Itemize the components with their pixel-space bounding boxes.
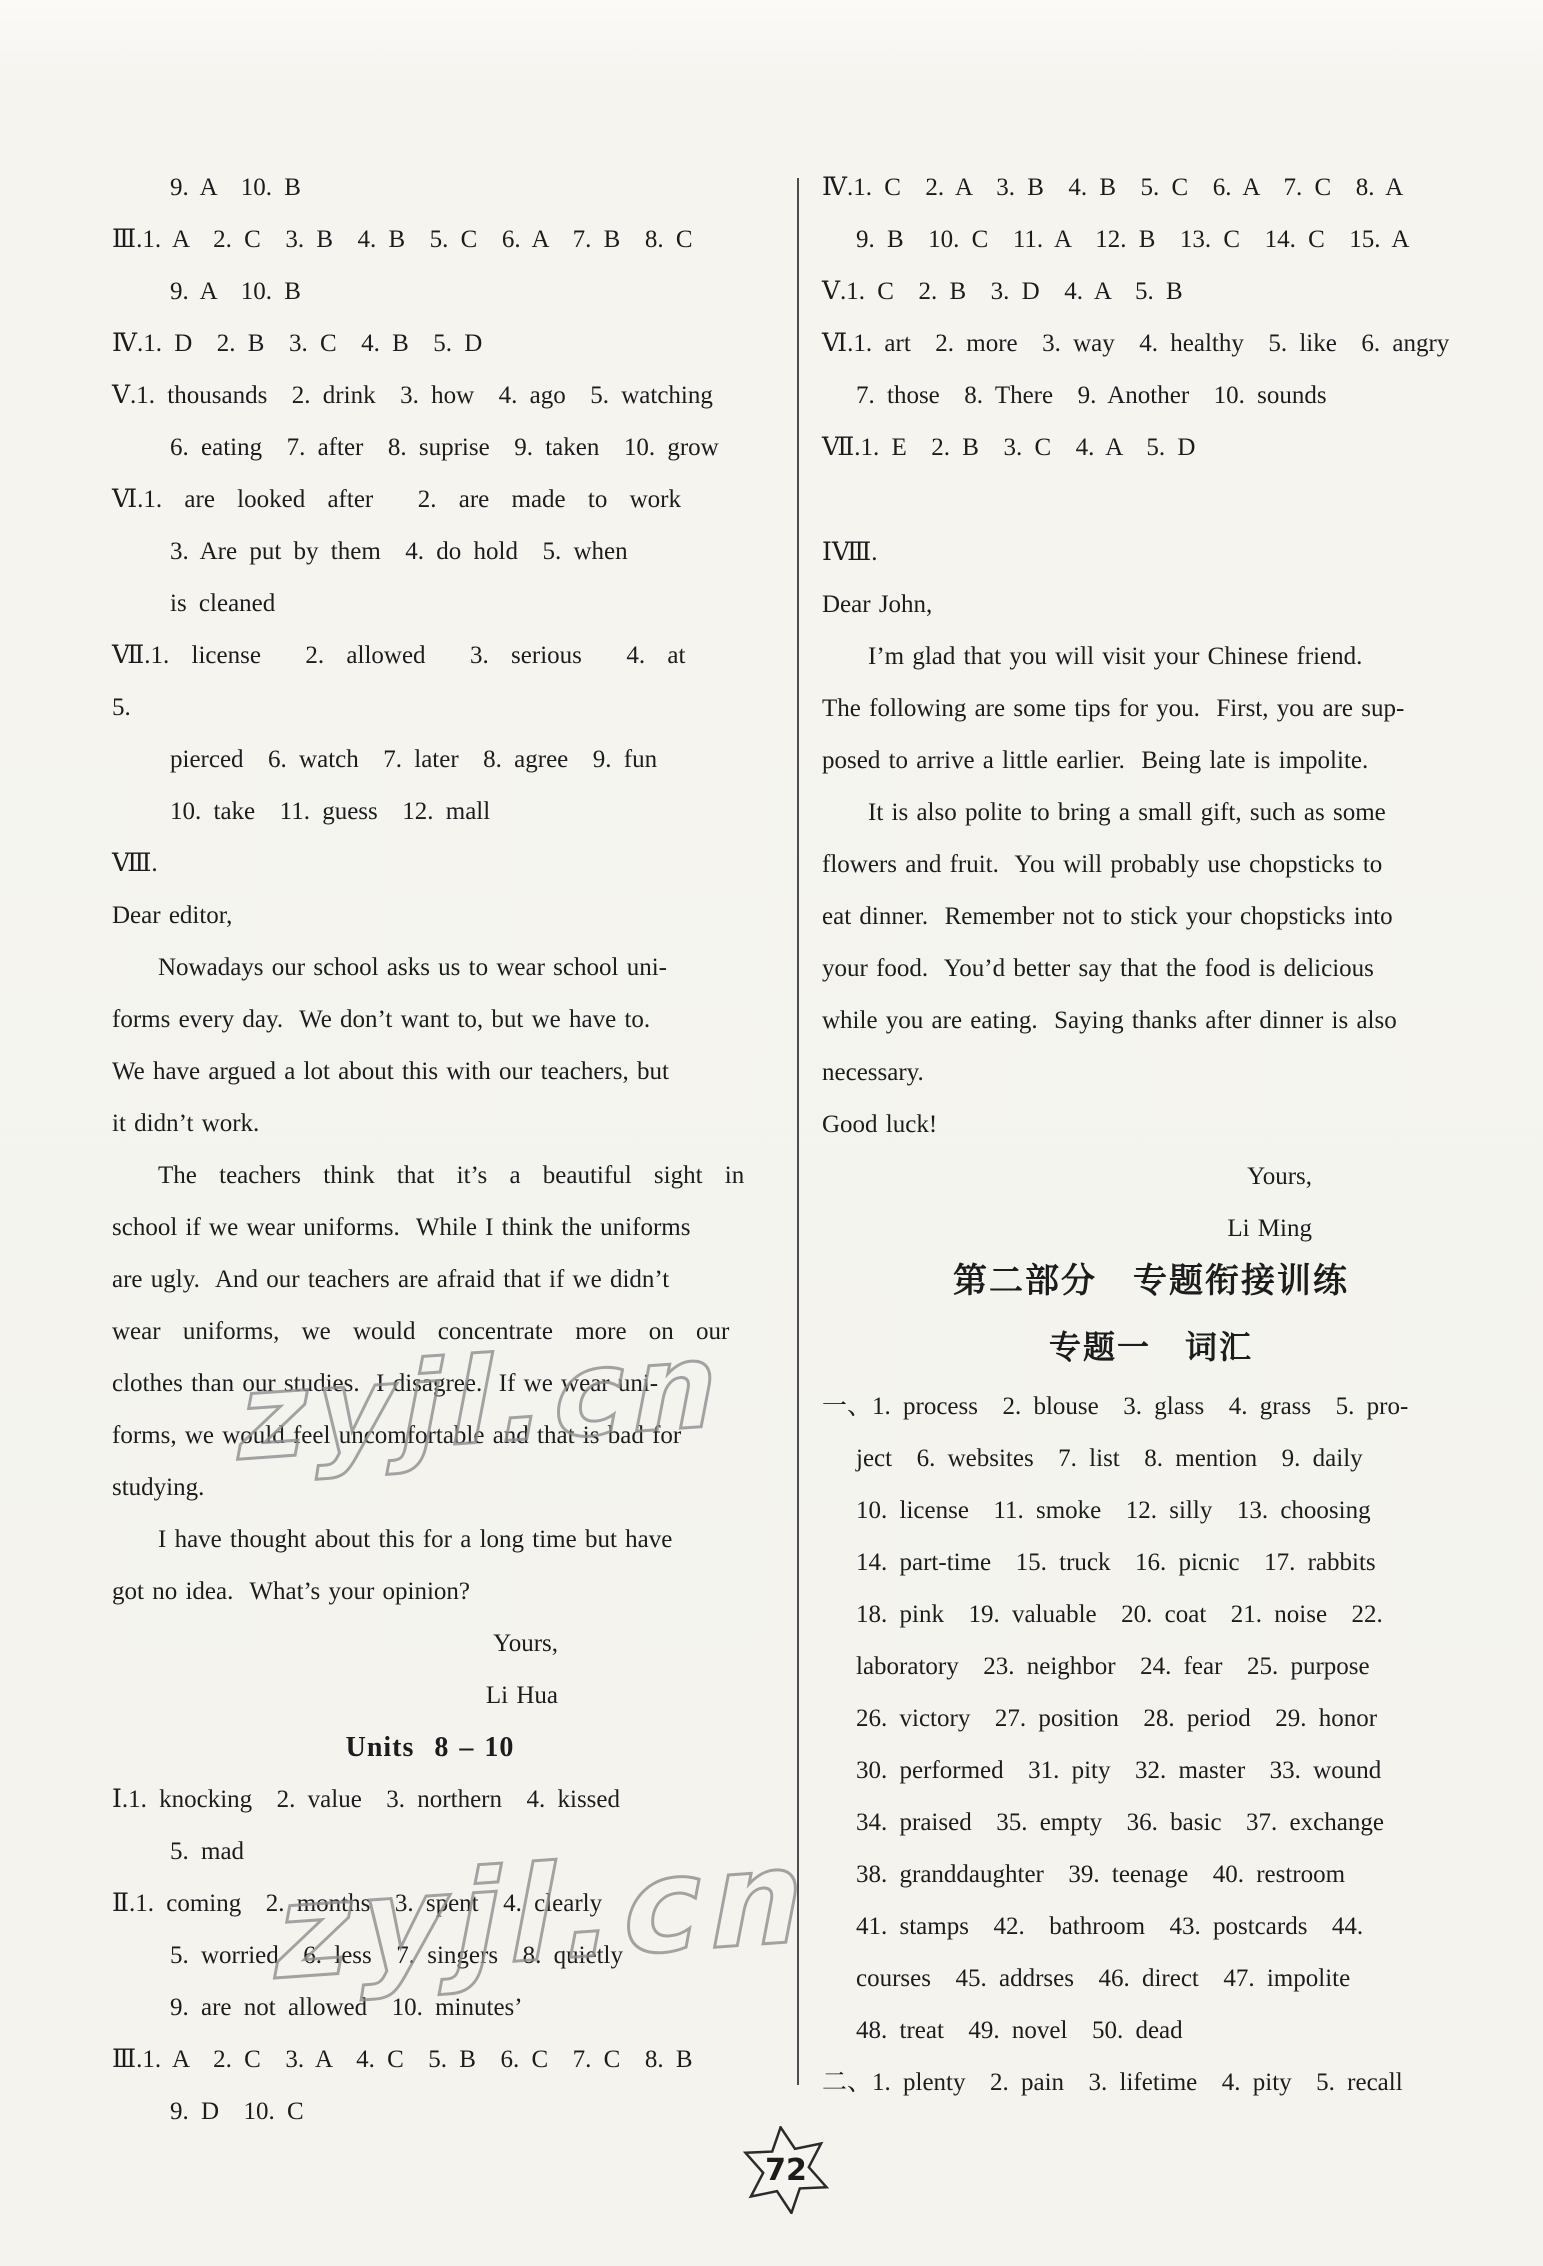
text-line: Ⅵ.1. art 2. more 3. way 4. healthy 5. li… <box>822 318 1480 370</box>
text-line: eat dinner. Remember not to stick your c… <box>822 891 1480 943</box>
text-line: Ⅳ.1. C 2. A 3. B 4. B 5. C 6. A 7. C 8. … <box>822 162 1480 214</box>
text-line: 5. worried 6. less 7. singers 8. quietly <box>170 1930 748 1982</box>
text-line: wear uniforms, we would concentrate more… <box>112 1306 748 1358</box>
text-line: flowers and fruit. You will probably use… <box>822 839 1480 891</box>
text-line: forms, we would feel uncomfortable and t… <box>112 1410 748 1462</box>
text-line: Ⅴ.1. thousands 2. drink 3. how 4. ago 5.… <box>112 370 748 422</box>
text-line: Ⅲ.1. A 2. C 3. B 4. B 5. C 6. A 7. B 8. … <box>112 214 748 266</box>
text-line: 专题一 词汇 <box>822 1321 1480 1373</box>
text-line: school if we wear uniforms. While I thin… <box>112 1202 748 1254</box>
text-line: Ⅰ.1. knocking 2. value 3. northern 4. ki… <box>112 1774 748 1826</box>
page-number-badge: 72 <box>742 2126 832 2218</box>
text-line: Ⅶ.1. E 2. B 3. C 4. A 5. D <box>822 422 1480 474</box>
scanned-answer-page: zyjl.cn zyjl.cn 9. A 10. BⅢ.1. A 2. C 3.… <box>0 0 1543 2266</box>
text-line: 10. take 11. guess 12. mall <box>170 786 748 838</box>
text-line: ⅠⅧ. <box>822 527 1480 579</box>
text-line: 38. granddaughter 39. teenage 40. restro… <box>856 1849 1480 1901</box>
text-line: We have argued a lot about this with our… <box>112 1046 748 1098</box>
text-line: 30. performed 31. pity 32. master 33. wo… <box>856 1745 1480 1797</box>
text-line: Ⅴ.1. C 2. B 3. D 4. A 5. B <box>822 266 1480 318</box>
text-line: 3. Are put by them 4. do hold 5. when <box>170 526 748 578</box>
text-line: Ⅷ. <box>112 838 748 890</box>
text-line: It is also polite to bring a small gift,… <box>822 787 1480 839</box>
text-line: clothes than our studies. I disagree. If… <box>112 1358 748 1410</box>
text-line: Li Ming <box>822 1203 1480 1255</box>
text-line: 二、1. plenty 2. pain 3. lifetime 4. pity … <box>822 2057 1480 2109</box>
text-line: is cleaned <box>170 578 748 630</box>
right-column: Ⅳ.1. C 2. A 3. B 4. B 5. C 6. A 7. C 8. … <box>822 162 1480 2109</box>
left-column: 9. A 10. BⅢ.1. A 2. C 3. B 4. B 5. C 6. … <box>112 162 748 2138</box>
text-line: it didn’t work. <box>112 1098 748 1150</box>
text-line: 7. those 8. There 9. Another 10. sounds <box>856 370 1480 422</box>
text-line: 34. praised 35. empty 36. basic 37. exch… <box>856 1797 1480 1849</box>
text-line: 9. A 10. B <box>170 162 748 214</box>
text-line: 6. eating 7. after 8. suprise 9. taken 1… <box>170 422 748 474</box>
text-line: Good luck! <box>822 1099 1480 1151</box>
text-line: Ⅱ.1. coming 2. months 3. spent 4. clearl… <box>112 1878 748 1930</box>
text-line: courses 45. addrses 46. direct 47. impol… <box>856 1953 1480 2005</box>
text-line: Li Hua <box>112 1670 748 1722</box>
text-line: 9. A 10. B <box>170 266 748 318</box>
text-line: studying. <box>112 1462 748 1514</box>
text-line: Nowadays our school asks us to wear scho… <box>112 942 748 994</box>
text-line: 9. are not allowed 10. minutes’ <box>170 1982 748 2034</box>
page-number: 72 <box>742 2126 830 2214</box>
text-line: 9. D 10. C <box>170 2086 748 2138</box>
text-line: The following are some tips for you. Fir… <box>822 683 1480 735</box>
text-line: Ⅵ.1. are looked after 2. are made to wor… <box>112 474 748 526</box>
text-line: while you are eating. Saying thanks afte… <box>822 995 1480 1047</box>
text-line: 14. part-time 15. truck 16. picnic 17. r… <box>856 1537 1480 1589</box>
text-line: Ⅳ.1. D 2. B 3. C 4. B 5. D <box>112 318 748 370</box>
text-line: 18. pink 19. valuable 20. coat 21. noise… <box>856 1589 1480 1641</box>
text-line: 第二部分 专题衔接训练 <box>822 1255 1480 1307</box>
text-line: forms every day. We don’t want to, but w… <box>112 994 748 1046</box>
text-line: 10. license 11. smoke 12. silly 13. choo… <box>856 1485 1480 1537</box>
text-line: pierced 6. watch 7. later 8. agree 9. fu… <box>170 734 748 786</box>
text-line: Yours, <box>112 1618 748 1670</box>
text-line: Dear John, <box>822 579 1480 631</box>
text-line: necessary. <box>822 1047 1480 1099</box>
text-line: 41. stamps 42. bathroom 43. postcards 44… <box>856 1901 1480 1953</box>
text-line: ject 6. websites 7. list 8. mention 9. d… <box>856 1433 1480 1485</box>
text-line: posed to arrive a little earlier. Being … <box>822 735 1480 787</box>
text-line: Dear editor, <box>112 890 748 942</box>
text-line: are ugly. And our teachers are afraid th… <box>112 1254 748 1306</box>
text-line: your food. You’d better say that the foo… <box>822 943 1480 995</box>
text-line: I have thought about this for a long tim… <box>112 1514 748 1566</box>
text-line: 一、1. process 2. blouse 3. glass 4. grass… <box>822 1381 1480 1433</box>
column-divider <box>797 178 799 2085</box>
text-line: I’m glad that you will visit your Chines… <box>822 631 1480 683</box>
text-line: got no idea. What’s your opinion? <box>112 1566 748 1618</box>
text-line: Units 8 – 10 <box>112 1722 748 1774</box>
text-line: Ⅲ.1. A 2. C 3. A 4. C 5. B 6. C 7. C 8. … <box>112 2034 748 2086</box>
text-line: 26. victory 27. position 28. period 29. … <box>856 1693 1480 1745</box>
text-line: laboratory 23. neighbor 24. fear 25. pur… <box>856 1641 1480 1693</box>
text-line: Ⅶ.1. license 2. allowed 3. serious 4. at… <box>112 630 748 734</box>
text-line: 9. B 10. C 11. A 12. B 13. C 14. C 15. A <box>856 214 1480 266</box>
text-line: 5. mad <box>170 1826 748 1878</box>
text-line: Yours, <box>822 1151 1480 1203</box>
text-line: The teachers think that it’s a beautiful… <box>112 1150 748 1202</box>
text-line: 48. treat 49. novel 50. dead <box>856 2005 1480 2057</box>
